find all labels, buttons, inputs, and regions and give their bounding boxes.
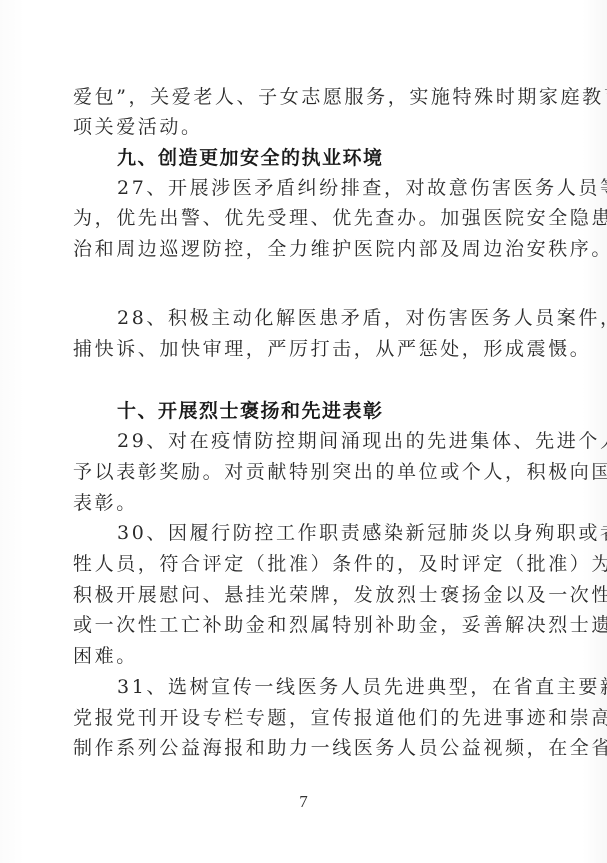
paragraph-27-start: 27、开展涉医矛盾纠纷排查，对故意伤害医务人员等违法行: [117, 173, 539, 203]
body-text-line: 予以表彰奖励。对贡献特别突出的单位或个人，积极向国家推荐: [73, 457, 539, 487]
body-text-line: 表彰。: [73, 488, 539, 518]
paragraph-29-start: 29、对在疫情防控期间涌现出的先进集体、先进个人要及时: [117, 426, 539, 456]
body-text-line: 爱包”，关爱老人、子女志愿服务，实施特殊时期家庭教育指导等: [73, 82, 539, 112]
body-text-line: 治和周边巡逻防控，全力维护医院内部及周边治安秩序。: [73, 234, 539, 264]
body-text-line: 制作系列公益海报和助力一线医务人员公益视频，在全省户外宣: [73, 733, 539, 763]
body-text-line: 或一次性工亡补助金和烈属特别补助金，妥善解决烈士遗属实际: [73, 610, 539, 640]
body-text-line: 困难。: [73, 641, 539, 671]
body-text-line: 捕快诉、加快审理，严厉打击，从严惩处，形成震慑。: [73, 334, 539, 364]
section-heading-10: 十、开展烈士褒扬和先进表彰: [117, 396, 539, 426]
paragraph-28-start: 28、积极主动化解医患矛盾，对伤害医务人员案件，依法快: [117, 303, 539, 333]
body-text-line: 牲人员，符合评定（批准）条件的，及时评定（批准）为烈士，: [73, 549, 539, 579]
paragraph-31-start: 31、选树宣传一线医务人员先进典型，在省直主要新闻媒体、: [117, 672, 539, 702]
paragraph-30-start: 30、因履行防控工作职责感染新冠肺炎以身殉职或者其他牺: [117, 518, 539, 548]
body-text-line: 项关爱活动。: [73, 112, 539, 142]
body-text-line: 党报党刊开设专栏专题，宣传报道他们的先进事迹和崇高精神。: [73, 703, 539, 733]
section-heading-9: 九、创造更加安全的执业环境: [117, 143, 539, 173]
body-text-line: 为，优先出警、优先受理、优先查办。加强医院安全隐患排查整: [73, 203, 539, 233]
body-text-line: 积极开展慰问、悬挂光荣牌，发放烈士褒扬金以及一次性抚恤金: [73, 580, 539, 610]
document-page: 爱包”，关爱老人、子女志愿服务，实施特殊时期家庭教育指导等 项关爱活动。 九、创…: [0, 0, 607, 863]
page-number: 7: [0, 792, 607, 812]
